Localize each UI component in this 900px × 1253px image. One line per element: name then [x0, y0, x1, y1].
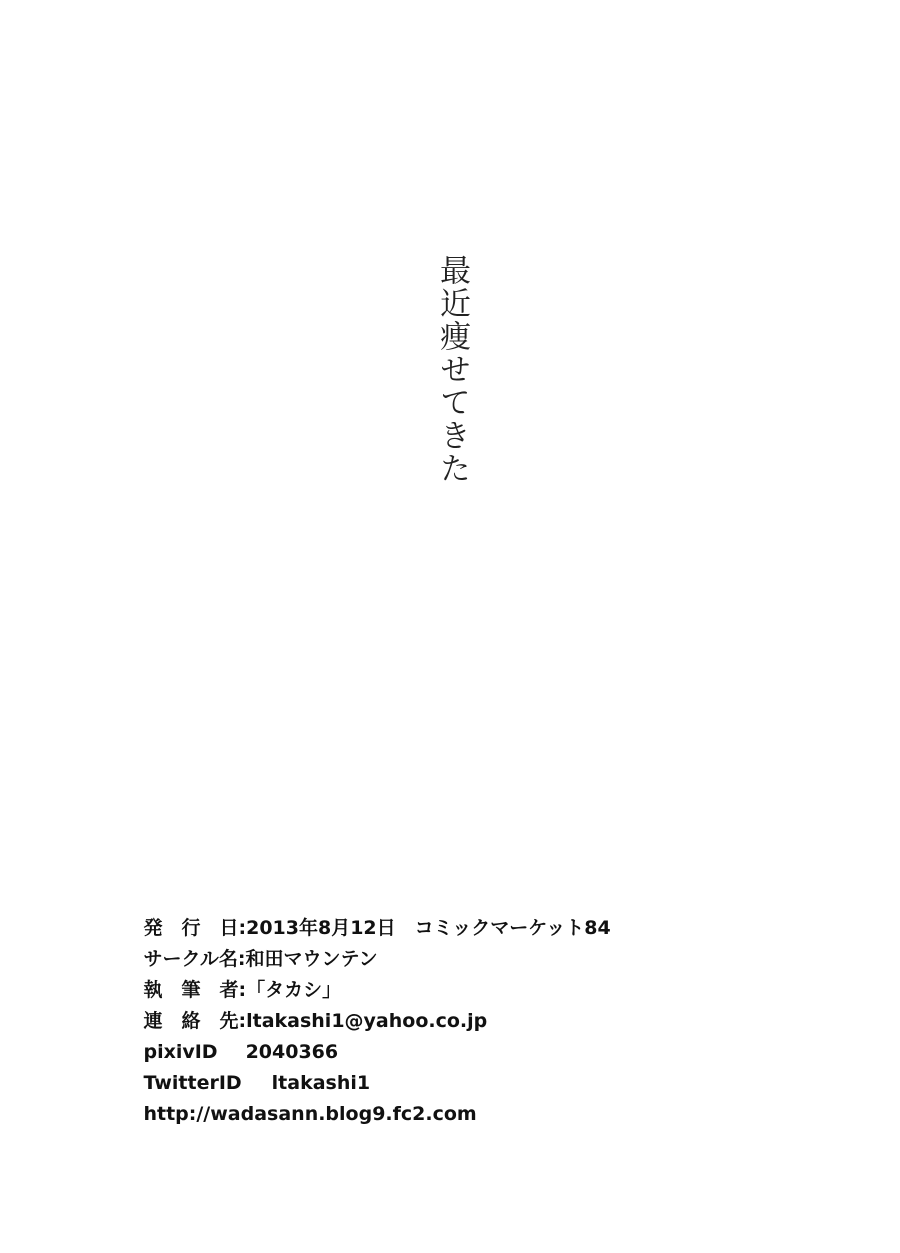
twitter-id: ltakashi1 [272, 1072, 370, 1094]
author-value: 「タカシ」 [246, 979, 341, 1001]
circle-value: 和田マウンテン [246, 948, 378, 970]
author-label: 執 筆 者 [143, 979, 238, 1001]
circle-label: サークル名 [143, 948, 237, 970]
colophon: 発 行 日:2013年8月12日 コミックマーケット84 サークル名:和田マウン… [117, 882, 611, 1099]
date-label: 発 行 日 [143, 917, 238, 939]
pixiv-id: 2040366 [246, 1041, 339, 1063]
contact-separator: : [238, 1010, 246, 1032]
twitter-label: TwitterID [143, 1072, 241, 1094]
vertical-title: 最近痩せてきた [432, 254, 472, 485]
contact-label: 連 絡 先 [143, 1010, 238, 1032]
date-value: 2013年8月12日 コミックマーケット84 [246, 917, 611, 939]
author-separator: : [238, 979, 246, 1001]
colophon-row-date: 発 行 日:2013年8月12日 コミックマーケット84 [117, 882, 611, 913]
contact-email: ltakashi1@yahoo.co.jp [246, 1010, 487, 1032]
pixiv-label: pixivID [143, 1041, 217, 1063]
blog-url: http://wadasann.blog9.fc2.com [143, 1103, 476, 1125]
circle-separator: : [238, 948, 246, 970]
date-separator: : [238, 917, 246, 939]
